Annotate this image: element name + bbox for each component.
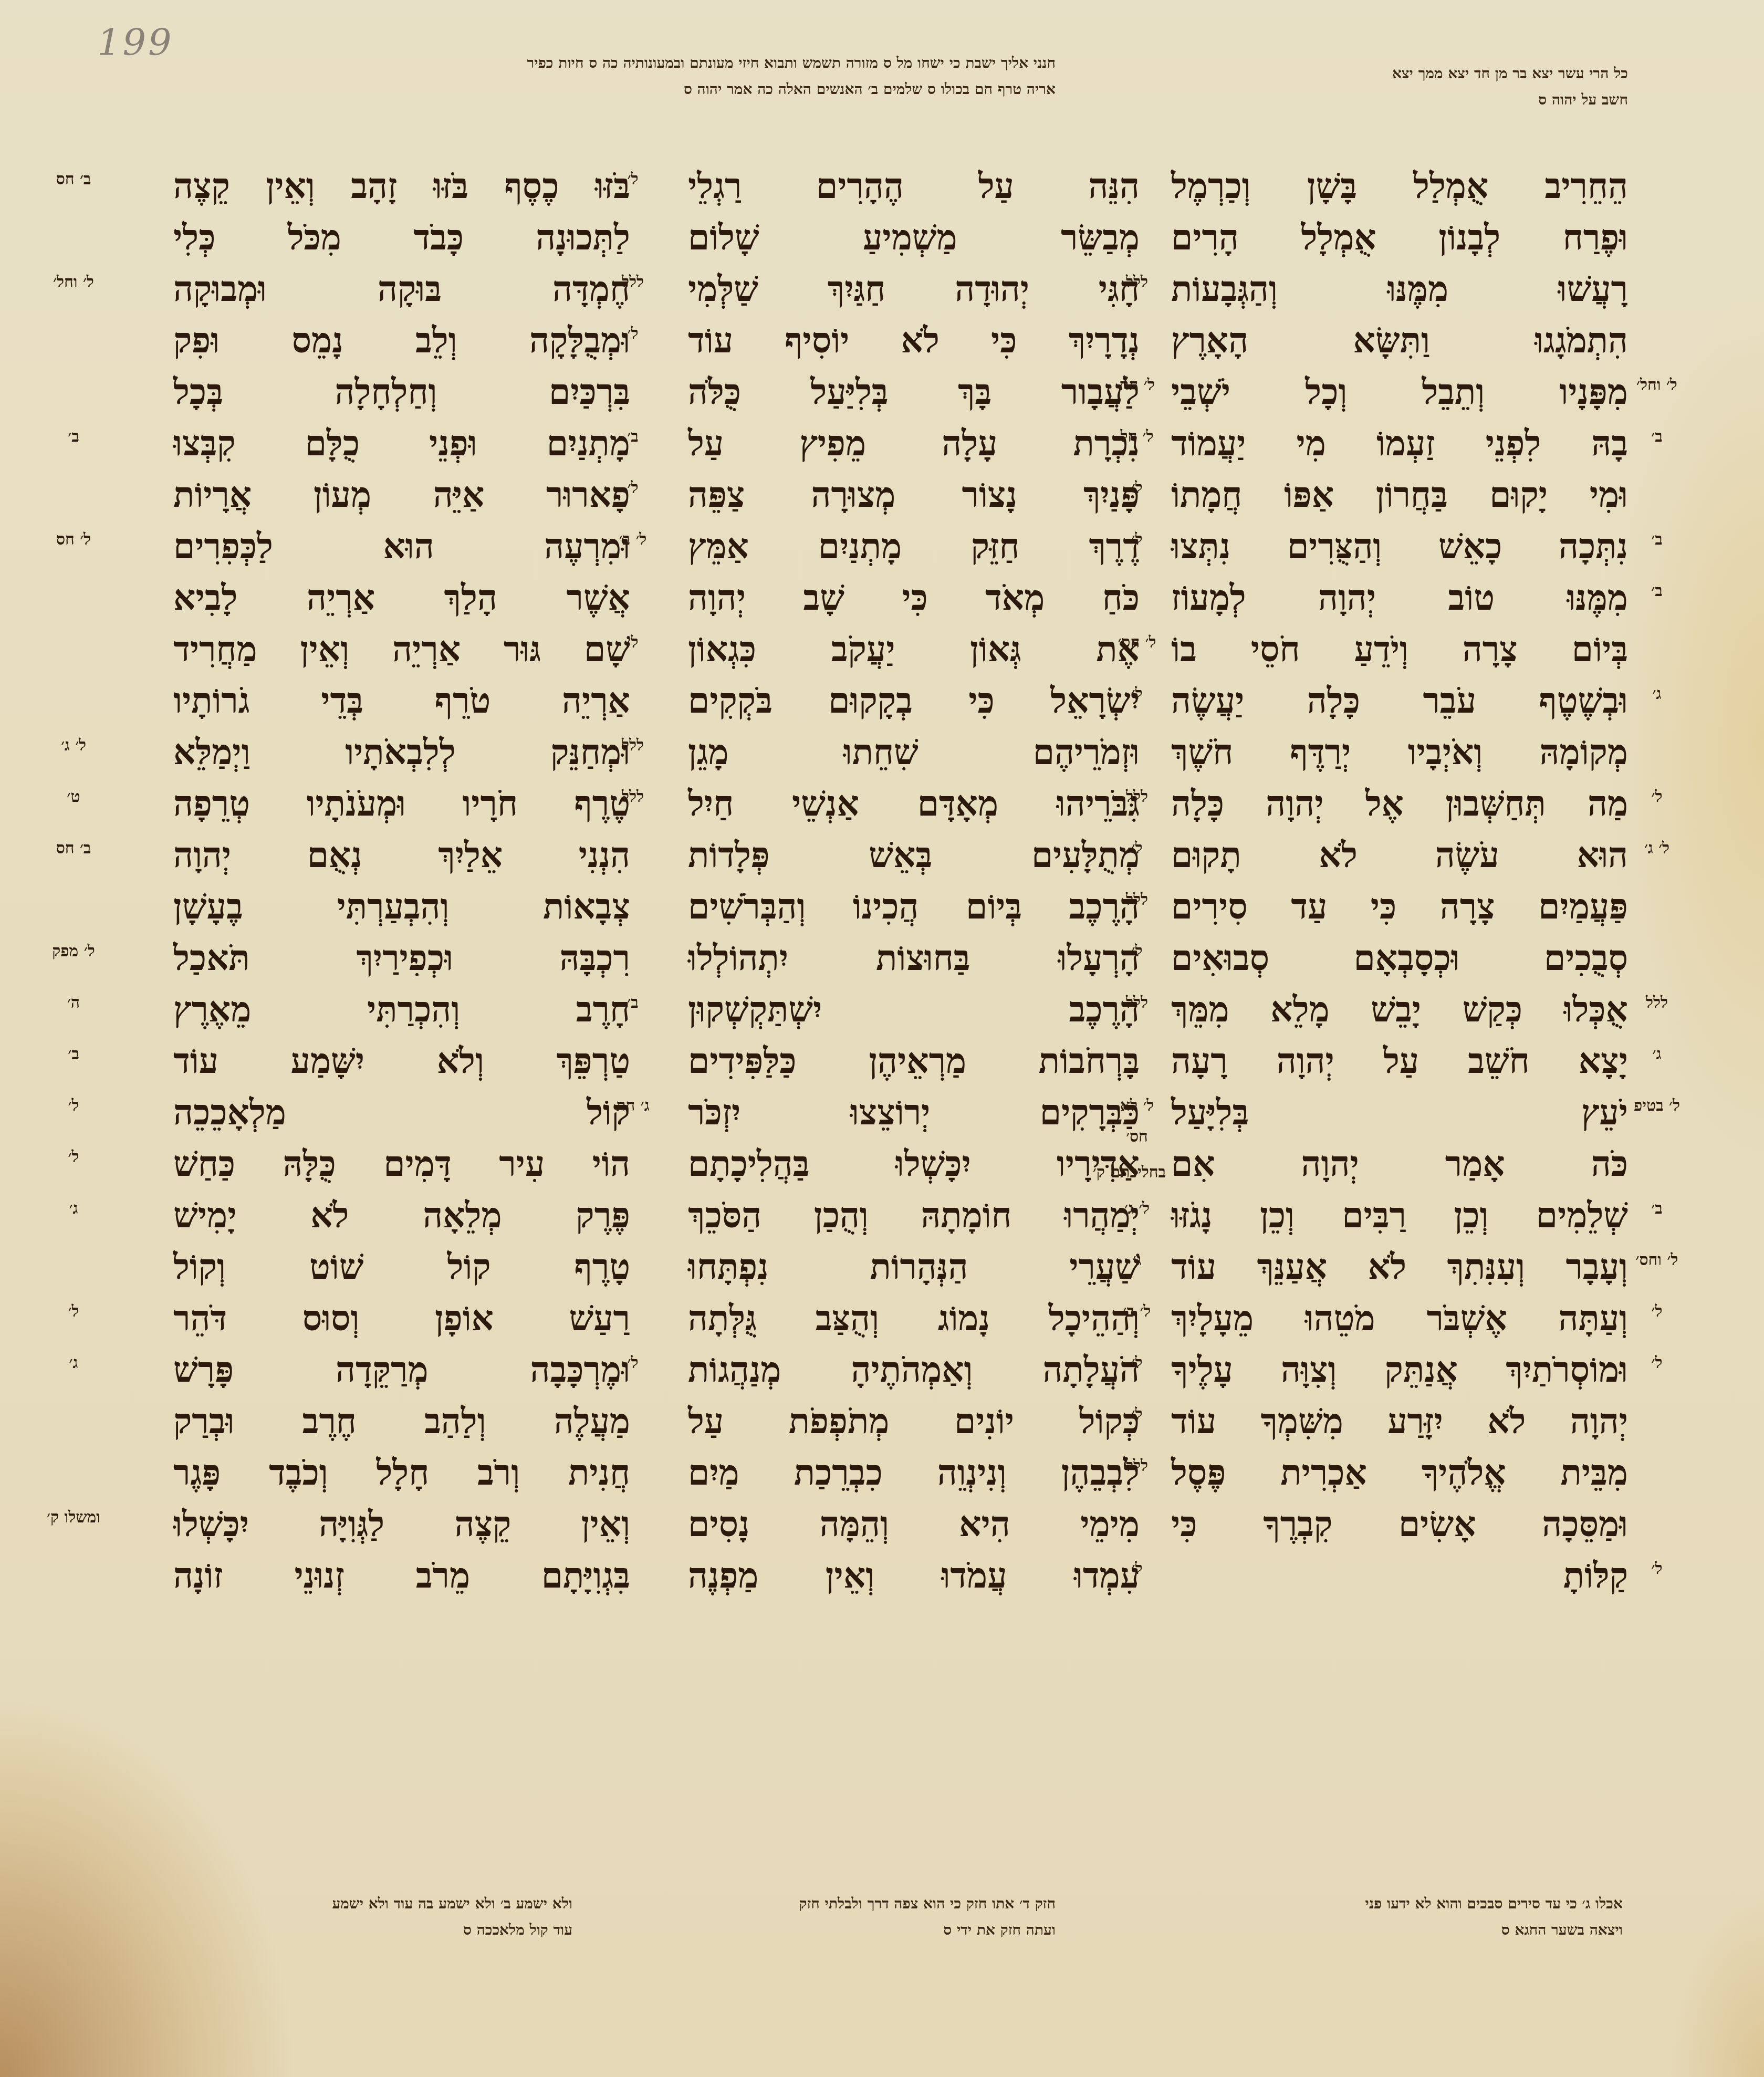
text-line: נִתְּכָה כָאֵשׁ וְהַצֻּרִים נִתְּצוּ	[1171, 520, 1628, 572]
text-line: וְעָבָר וְעִנִּתִךְ לֹא אֲעַנֵּךְ עוֹד	[1171, 1241, 1628, 1292]
text-line: בְּיוֹם צָרָה וְיֹדֵעַ חֹסֵי בוֹ	[1171, 623, 1628, 675]
masorah-note: ל׳ חס׳	[1108, 634, 1166, 652]
folio-number: 199	[97, 21, 174, 64]
masorah-note: ללל	[1108, 891, 1166, 909]
text-line: חָגִּי יְהוּדָה חַגַּיִךְ שַׁלְּמִי	[688, 263, 1140, 315]
text-line: אֲשֶׁר הָלַךְ אַרְיֵה לָבִיא	[173, 572, 630, 623]
masorah-note: ב׳	[1633, 531, 1681, 549]
masorah-note: ל׳	[1108, 943, 1166, 961]
text-line: הִתְמֹגָגוּ וַתִּשָּׂא הָאָרֶץ	[1171, 315, 1628, 366]
masorah-note: ג׳	[1633, 685, 1681, 703]
masorah-note: ל׳	[1633, 1560, 1681, 1578]
text-line: מִבֵּית אֱלֹהֶיךָ אַכְרִית פֶּסֶל	[1171, 1447, 1628, 1498]
masorah-magna-bottom-left: ולא ישמע ב׳ ולא ישמע בה עוד ולא ישמע עוד…	[173, 1891, 572, 1943]
manuscript-page: 199 חנני אליך ישבת כי ישחו מל ס מזורה תש…	[0, 0, 1764, 2077]
masorah-magna-top-right: כל הרי עשר יצא בר מן חד יצא ממך יצא חשב …	[1187, 60, 1628, 113]
text-line: הוֹי עִיר דָּמִים כֻּלָּהּ כַּחַשׁ	[173, 1138, 630, 1189]
masorah-note: ט׳	[42, 788, 105, 806]
text-line: פֶּרֶק מְלֵאָה לֹא יָמִישׁ	[173, 1189, 630, 1241]
text-line: כֹּה אָמַר יְהוָה אִם	[1171, 1138, 1628, 1189]
text-line: הֹעֲלָתָה וְאַמְהֹתֶיהָ מְנַהֲגוֹת	[688, 1344, 1140, 1395]
masorah-note: ללל	[1108, 274, 1166, 291]
text-line: מִימֵי הִיא וְהֵמָּה נָסִים	[688, 1498, 1140, 1550]
text-line: מִפָּנָיו וְתֵבֵל וְכָל יֹשְׁבֵי	[1171, 366, 1628, 418]
masorah-note: ל׳	[604, 325, 662, 343]
masorah-magna-top-left: חנני אליך ישבת כי ישחו מל ס מזורה תשמש ו…	[173, 50, 1056, 102]
masorah-line: חזק ד׳ אתו חזק כי הוא צפה דרך ולבלתי חזק	[656, 1891, 1056, 1917]
masorah-note: ל׳	[1633, 788, 1681, 806]
text-line: יָצָא חֹשֵׁב עַל יְהוָה רָעָה	[1171, 1035, 1628, 1087]
text-line: שְׁלֵמִים וְכֵן רַבִּים וְכֵן נָגֹזּוּ	[1171, 1189, 1628, 1241]
masorah-note: ל׳	[1108, 1406, 1166, 1424]
masorah-note: ב׳ חס	[42, 840, 105, 858]
text-column-middle: הִנֵּה עַל הֶהָרִים רַגְלֵימְבַשֵּׂר מַש…	[688, 160, 1140, 1601]
text-line: בָהּ לִפְנֵי זַעְמוֹ מִי יַעֲמוֹד	[1171, 418, 1628, 469]
masorah-note: ל׳	[1108, 479, 1166, 497]
text-line: פָארוּר אַיֵּה מְעוֹן אֲרָיוֹת	[173, 469, 630, 520]
text-line: לִבְבֵהֶן וְנִינְוֵה כִבְרֵכַת מַיִם	[688, 1447, 1140, 1498]
text-line: יֹעֵץ בְּלִיָּעַל	[1171, 1087, 1628, 1138]
masorah-note: ב׳	[604, 994, 662, 1012]
masorah-note: ומשלו ק׳	[42, 1509, 105, 1527]
text-line: יְמַהֲרוּ חוֹמָתָהּ וְהֻכַן הַסֹּכֵךְ	[688, 1189, 1140, 1241]
text-line: הָרְעָלוּ בַּחוּצוֹת יִתְהוֹלְלוּ	[688, 932, 1140, 984]
text-line: וּמִי יָקוּם בַּחֲרוֹן אַפּוֹ חֲמָתוֹ	[1171, 469, 1628, 520]
masorah-note: ג׳	[1633, 1046, 1681, 1063]
text-line: וְעַתָּה אֶשְׁבֹּר מֹטֵהוּ מֵעָלָיִךְ	[1171, 1292, 1628, 1344]
masorah-note: ל׳ ג׳	[1108, 1200, 1166, 1218]
masorah-note: ל׳ וחל׳	[1633, 377, 1681, 394]
masorah-note: ל׳	[604, 1354, 662, 1372]
text-line: טֶרֶף חֹרָיו וּמְעֹנֹתָיו טְרֵפָה	[173, 778, 630, 829]
masorah-note: ל׳	[1108, 840, 1166, 858]
text-line: הָרֶכֶב בְּיוֹם הֲכִינוֹ וְהַבְּרֹשִׁים	[688, 881, 1140, 932]
text-line: לַעֲבָור בָּךְ בְּלִיַּעַל כֻּלֹּה	[688, 366, 1140, 418]
masorah-note: ל׳	[42, 1149, 105, 1166]
text-line: מְבַשֵּׂר מַשְׁמִיעַ שָׁלוֹם	[688, 212, 1140, 263]
text-line: עִמְדוּ עֲמֹדוּ וְאֵין מַפְנֶה	[688, 1550, 1140, 1601]
masorah-line: כל הרי עשר יצא בר מן חד יצא ממך יצא	[1187, 60, 1628, 87]
masorah-note: ל׳ ב׳	[604, 531, 662, 549]
text-line: כֹּחַ מְאֹד כִּי שָׁב יְהוָה	[688, 572, 1140, 623]
masorah-note: חס׳	[1108, 1128, 1166, 1146]
text-line: בִּרְכַּיִם וְחַלְחָלָה בְּכָל	[173, 366, 630, 418]
text-line: רַעַשׁ אוֹפָן וְסוּס דֹּהֵר	[173, 1292, 630, 1344]
masorah-note: ב׳	[1633, 1200, 1681, 1218]
text-line: אֶת גְּאוֹן יַעֲקֹב כִּגְאוֹן	[688, 623, 1140, 675]
text-line: שָׁם גּוּר אַרְיֵה וְאֵין מַחֲרִיד	[173, 623, 630, 675]
masorah-note: ל׳ וחל׳	[42, 274, 105, 291]
masorah-magna-bottom-right: אכלו ג׳ כי עד סירים סבכים והוא לא ידעו פ…	[1187, 1891, 1623, 1943]
masorah-note: ללל	[604, 274, 662, 291]
masorah-line: עוד קול מלאככה ס	[173, 1917, 572, 1943]
text-line: וּפֶרַח לְבָנוֹן אֻמְלָל הָרִים	[1171, 212, 1628, 263]
masorah-note: ב׳	[42, 428, 105, 446]
text-line: קוֹל מַלְאָכֵכֵה	[173, 1087, 630, 1138]
text-line: נְדָרָיִךְ כִּי לֹא יוֹסִיף עוֹד	[688, 315, 1140, 366]
text-line: וּבְשֶׁטֶף עֹבֵר כָּלָה יַעֲשֶׂה	[1171, 675, 1628, 726]
masorah-note: ל׳	[42, 1097, 105, 1115]
masorah-note: ל׳	[1108, 685, 1166, 703]
masorah-note: ל׳	[1633, 1303, 1681, 1321]
masorah-note: ל׳ וחס׳	[1633, 1251, 1681, 1269]
text-line: דֶרֶךְ חַזֵּק מָתְנַיִם אַמֵּץ	[688, 520, 1140, 572]
text-line: יְהוָה לֹא יִזָּרַע מִשִּׁמְךָ עוֹד	[1171, 1395, 1628, 1447]
text-line: וּזְמֹרֵיהֶם שִׁחֵתוּ מָגֵן	[688, 726, 1140, 778]
masorah-note: ל׳ ב׳	[1108, 1303, 1166, 1321]
masorah-note: ב׳ חס	[42, 171, 105, 189]
text-line: וּמְבֻלָּקָה וְלֵב נָמֵס וּפִק	[173, 315, 630, 366]
masorah-note: ללל	[604, 788, 662, 806]
text-line: הֵחֵרִיב אֻמְלַל בָּשָׁן וְכַרְמֶל	[1171, 160, 1628, 212]
masorah-note: ב׳	[604, 428, 662, 446]
text-line: גִּבֹּרֵיהוּ מְאָדָּם אַנְשֵׁי חַיִל	[688, 778, 1140, 829]
text-line: חֶמְדָּה בּוּקָה וּמְבוּקָה	[173, 263, 630, 315]
text-line: נִכְרָת עָלָה מֵפִיץ עַל	[688, 418, 1140, 469]
masorah-line: חנני אליך ישבת כי ישחו מל ס מזורה תשמש ו…	[173, 50, 1056, 76]
text-line: טָרֶף קוֹל שׁוֹט וְקוֹל	[173, 1241, 630, 1292]
masorah-note: ב׳	[1633, 428, 1681, 446]
masorah-note: ל׳	[1633, 1354, 1681, 1372]
masorah-note: ללל	[1108, 788, 1166, 806]
masorah-note: ל׳	[42, 1303, 105, 1321]
masorah-note: ל׳ חל	[1108, 428, 1166, 446]
masorah-line: אריה טרף חם בכולו ס שלמים ב׳ האנשים האלה…	[173, 76, 1056, 102]
masorah-note: ל׳ בטיפ	[1633, 1097, 1681, 1115]
masorah-note: ל׳ ג׳	[42, 737, 105, 755]
text-line: מְתֻלָּעִים בְּאֵשׁ פְּלָדוֹת	[688, 829, 1140, 881]
text-line: אַדִּירָיו יִכָּשְׁלוּ בַּהֲלִיכָתָם	[688, 1138, 1140, 1189]
masorah-note: ל׳ ג׳	[1633, 840, 1681, 858]
masorah-line: חשב על יהוה ס	[1187, 87, 1628, 113]
masorah-note: ג׳ חת	[604, 1097, 662, 1115]
masorah-note: ל׳	[604, 171, 662, 189]
masorah-note: ב׳	[1633, 582, 1681, 600]
masorah-note: ל׳	[1108, 1354, 1166, 1372]
text-line: פָּנַיִךְ נָצוֹר מְצוּרָה צַפֵּה	[688, 469, 1140, 520]
text-line: רָעֲשׁוּ מִמֶּנּוּ וְהַגְּבָעוֹת	[1171, 263, 1628, 315]
masorah-note: ל׳ חס	[42, 531, 105, 549]
text-line: טַרְפֵּךְ וְלֹא יִשָּׁמַע עוֹד	[173, 1035, 630, 1087]
text-column-left: בֹּזּוּ כֶסֶף בֹּזּוּ זָהָב וְאֵין קֵצֶה…	[173, 160, 630, 1601]
text-line: וְאֵין קֵצֶה לַגְּוִיָּה יִכָּשְׁלוּ	[173, 1498, 630, 1550]
text-line: וּמְחַנֵּק לְלִבְאֹתָיו וַיְמַלֵּא	[173, 726, 630, 778]
text-line: קַלּוֹתָ	[1171, 1550, 1628, 1601]
masorah-line: ויצאה בשער החגא ס	[1187, 1917, 1623, 1943]
text-line: שַׁעֲרֵי הַנְּהָרוֹת נִפְתָּחוּ	[688, 1241, 1140, 1292]
text-line: סְבֻכִים וּכְסָבְאָם סְבוּאִים	[1171, 932, 1628, 984]
masorah-note: ל׳	[1108, 1560, 1166, 1578]
masorah-line: ולא ישמע ב׳ ולא ישמע בה עוד ולא ישמע	[173, 1891, 572, 1917]
masorah-note: ל׳	[604, 479, 662, 497]
masorah-note: ג׳	[42, 1200, 105, 1218]
masorah-note: ל׳ לא	[1108, 1097, 1166, 1115]
masorah-line: ועתה חזק את ידי ס	[656, 1917, 1056, 1943]
masorah-note: ל׳	[1108, 531, 1166, 549]
text-line: יִשְׂרָאֵל כִּי בְקָקוּם בֹּקְקִים	[688, 675, 1140, 726]
masorah-note: ללל	[604, 737, 662, 755]
text-line: מְקוֹמָהּ וְאֹיְבָיו יְרַדֶּף חֹשֶׁךְ	[1171, 726, 1628, 778]
text-line: וּמֶרְכָּבָה מְרַקֵּדָה פָּרָשׁ	[173, 1344, 630, 1395]
text-line: הוּא עֹשֶׂה לֹא תָקוּם	[1171, 829, 1628, 881]
text-line: הָרֶכֶב יִשְׁתַּקְשְׁקוּן	[688, 984, 1140, 1035]
text-line: צְבָאוֹת וְהִבְעַרְתִּי בֶעָשָׁן	[173, 881, 630, 932]
text-line: כְּקוֹל יוֹנִים מְתֹפְפֹת עַל	[688, 1395, 1140, 1447]
text-column-right: הֵחֵרִיב אֻמְלַל בָּשָׁן וְכַרְמֶלוּפֶרַ…	[1171, 160, 1628, 1601]
text-line: בֹּזּוּ כֶסֶף בֹּזּוּ זָהָב וְאֵין קֵצֶה	[173, 160, 630, 212]
text-line: מַה תְּחַשְּׁבוּן אֶל יְהוָה כָּלָה	[1171, 778, 1628, 829]
text-line: חֲנִית וְרֹב חָלָל וְכֹבֶד פָּגֶר	[173, 1447, 630, 1498]
text-line: וּמִרְעֶה הוּא לַכְּפִרִים	[173, 520, 630, 572]
masorah-magna-bottom-middle: חזק ד׳ אתו חזק כי הוא צפה דרך ולבלתי חזק…	[656, 1891, 1056, 1943]
text-line: כַּבְּרָקִים יְרוֹצֵצוּ יִזְכֹּר	[688, 1087, 1140, 1138]
masorah-note: ה׳	[42, 994, 105, 1012]
text-line: וּמַסֵּכָה אָשִׂים קִבְרֶךָ כִּי	[1171, 1498, 1628, 1550]
text-line: מַעֲלֶה וְלַהַב חֶרֶב וּבְרַק	[173, 1395, 630, 1447]
text-line: הִנְנִי אֵלַיִךְ נְאֻם יְהוָה	[173, 829, 630, 881]
masorah-note: בחליכתם ק׳	[1108, 1164, 1166, 1182]
text-line: וְהַהֵיכָל נָמוֹג וְהֻצַּב גֻּלְּתָה	[688, 1292, 1140, 1344]
masorah-line: אכלו ג׳ כי עד סירים סבכים והוא לא ידעו פ…	[1187, 1891, 1623, 1917]
text-line: לַתְּכוּנָה כָּבֹד מִכֹּל כְּלִי	[173, 212, 630, 263]
text-line: מָתְנַיִם וּפְנֵי כֻלָּם קִבְּצוּ	[173, 418, 630, 469]
masorah-note: ל׳ חת	[1108, 377, 1166, 394]
masorah-note: ב׳	[42, 1046, 105, 1063]
text-line: אֻכְּלוּ כְּקַשׁ יָבֵשׁ מָלֵא מִמֵּךְ	[1171, 984, 1628, 1035]
text-line: בִּגְוִיָּתָם מֵרֹב זְנוּנֵי זוֹנָה	[173, 1550, 630, 1601]
masorah-note: ל׳ מפק	[42, 943, 105, 961]
masorah-note: ג׳	[42, 1354, 105, 1372]
masorah-note: ג׳	[1108, 1251, 1166, 1269]
text-line: פַּעֲמַיִם צָרָה כִּי עַד סִירִים	[1171, 881, 1628, 932]
text-line: אַרְיֵה טֹרֵף בְּדֵי גֹרוֹתָיו	[173, 675, 630, 726]
masorah-note: ללל	[1108, 994, 1166, 1012]
text-line: חָרֶב וְהִכְרַתִּי מֵאֶרֶץ	[173, 984, 630, 1035]
masorah-note: ל׳	[604, 634, 662, 652]
text-line: בָּרְחֹבוֹת מַרְאֵיהֶן כַּלַּפִּידִים	[688, 1035, 1140, 1087]
masorah-note: ללל	[1108, 1457, 1166, 1475]
masorah-note: ללל	[1633, 994, 1681, 1012]
text-line: וּמוֹסְרֹתַיִךְ אֲנַתֵּק וְצִוָּה עָלֶיך…	[1171, 1344, 1628, 1395]
text-line: מִמֶּנּוּ טוֹב יְהוָה לְמָעוֹז	[1171, 572, 1628, 623]
text-line: הִנֵּה עַל הֶהָרִים רַגְלֵי	[688, 160, 1140, 212]
text-line: רִכְבָּהּ וּכְפִירַיִךְ תֹּאכַל	[173, 932, 630, 984]
